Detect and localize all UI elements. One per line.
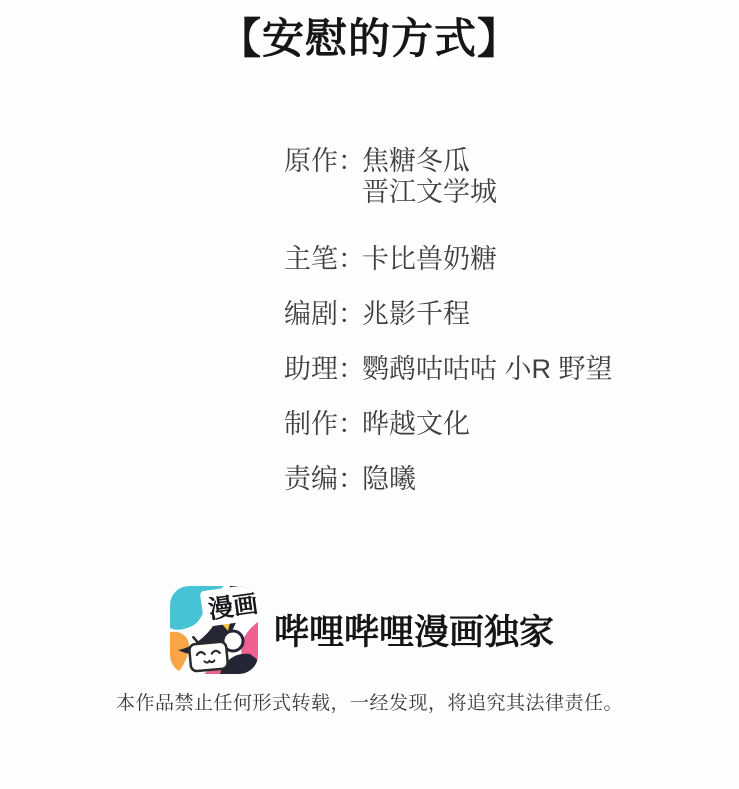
publisher-row: 漫画 哔哩哔哩漫画独家 <box>170 586 554 674</box>
credit-value: 隐曦 <box>362 464 416 495</box>
exclusive-publisher-text: 哔哩哔哩漫画独家 <box>274 605 554 655</box>
credit-row-lead-artist: 主笔： 卡比兽奶糖 <box>284 244 613 275</box>
credits-page: 【安慰的方式】 原作： 焦糖冬瓜 晋江文学城 主笔： 卡比兽奶糖 编剧： 兆影千… <box>0 0 739 789</box>
credit-value: 焦糖冬瓜 <box>362 146 497 177</box>
credit-values: 焦糖冬瓜 晋江文学城 <box>362 146 497 208</box>
page-title: 【安慰的方式】 <box>0 6 739 66</box>
credit-row-screenwriter: 编剧： 兆影千程 <box>284 299 613 330</box>
credit-label: 主笔： <box>284 244 362 275</box>
credit-value: 晋江文学城 <box>362 177 497 208</box>
credit-label: 制作： <box>284 409 362 440</box>
credit-label: 责编： <box>284 464 362 495</box>
bilibili-manga-logo: 漫画 <box>170 586 258 674</box>
credit-label: 助理： <box>284 354 362 385</box>
credit-value: 兆影千程 <box>362 299 470 330</box>
credit-value: 鹦鹉咕咕咕 小R 野望 <box>362 354 613 385</box>
credit-label: 编剧： <box>284 299 362 330</box>
credits-list: 原作： 焦糖冬瓜 晋江文学城 主笔： 卡比兽奶糖 编剧： 兆影千程 助理： 鹦鹉… <box>284 146 613 519</box>
credit-row-assistants: 助理： 鹦鹉咕咕咕 小R 野望 <box>284 354 613 385</box>
credit-value: 卡比兽奶糖 <box>362 244 497 275</box>
credit-label: 原作： <box>284 146 362 208</box>
credit-row-original-author: 原作： 焦糖冬瓜 晋江文学城 <box>284 146 613 208</box>
credit-value: 晔越文化 <box>362 409 470 440</box>
legal-notice: 本作品禁止任何形式转载，一经发现，将追究其法律责任。 <box>0 688 739 715</box>
credit-row-editor: 责编： 隐曦 <box>284 464 613 495</box>
credit-row-production: 制作： 晔越文化 <box>284 409 613 440</box>
